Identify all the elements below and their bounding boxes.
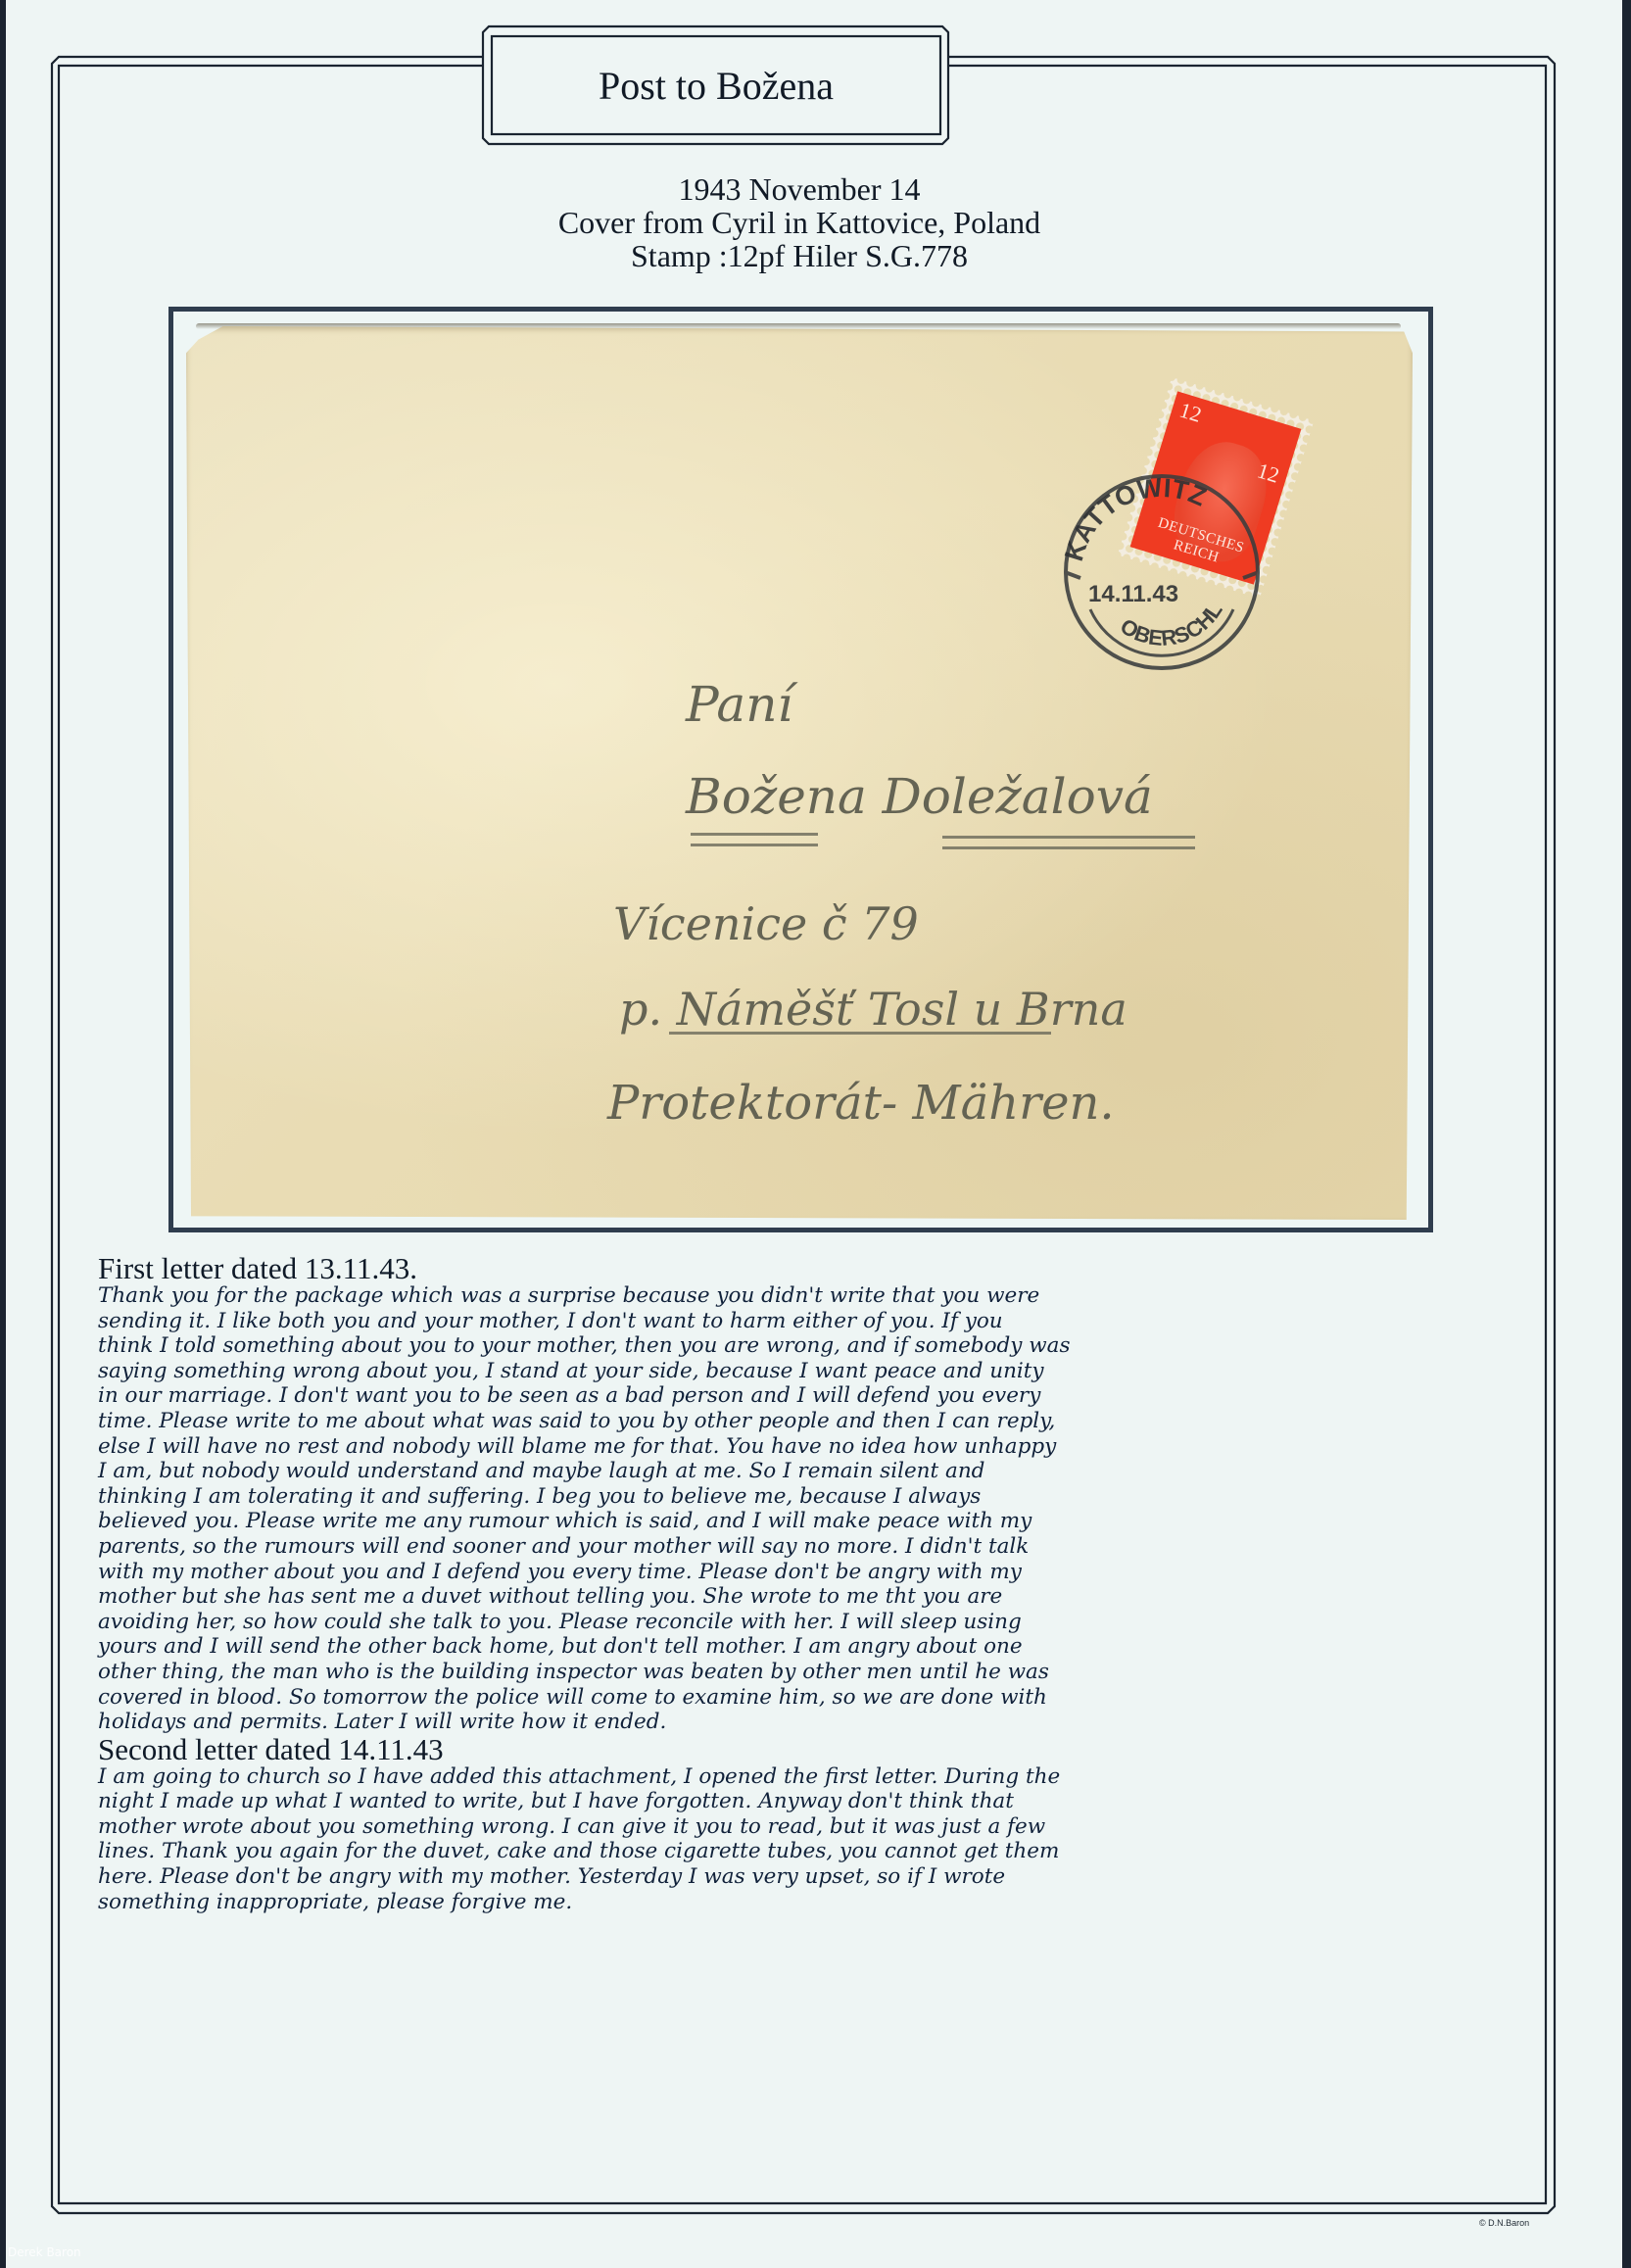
letter-line: thinking I am tolerating it and sufferin…	[98, 1484, 1528, 1510]
letter-line: mother wrote about you something wrong. …	[98, 1814, 1528, 1840]
letter-line: holidays and permits. Later I will write…	[98, 1710, 1528, 1735]
letter-line: saying something wrong about you, I stan…	[98, 1359, 1528, 1384]
cover-origin: Cover from Cyril in Kattovice, Poland	[372, 206, 1226, 239]
page-title: Post to Božena	[492, 36, 940, 134]
letter-line: mother but she has sent me a duvet witho…	[98, 1584, 1528, 1610]
postmark: KATTOWITZ 14.11.43 OBERSCHL	[1051, 462, 1271, 683]
postmark-ring-icon: KATTOWITZ 14.11.43 OBERSCHL	[1051, 462, 1271, 683]
cover-stamp-info: Stamp :12pf Hiler S.G.778	[372, 239, 1226, 272]
address-underline	[942, 836, 1195, 849]
letter-line: else I will have no rest and nobody will…	[98, 1434, 1528, 1460]
first-letter-heading: First letter dated 13.11.43.	[98, 1254, 1528, 1283]
letter-line: I am going to church so I have added thi…	[98, 1764, 1528, 1790]
letter-line: yours and I will send the other back hom…	[98, 1634, 1528, 1660]
letter-line: lines. Thank you again for the duvet, ca…	[98, 1839, 1528, 1864]
letter-line: I am, but nobody would understand and ma…	[98, 1459, 1528, 1484]
cover-description: 1943 November 14 Cover from Cyril in Kat…	[372, 172, 1226, 272]
letter-line: time. Please write to me about what was …	[98, 1409, 1528, 1434]
letter-line: covered in blood. So tomorrow the police…	[98, 1685, 1528, 1711]
letter-line: sending it. I like both you and your mot…	[98, 1309, 1528, 1334]
address-post-office: p. Náměšť Tosl u Brna	[619, 983, 1127, 1036]
address-underline	[669, 1032, 1051, 1035]
letter-line: with my mother about you and I defend yo…	[98, 1560, 1528, 1585]
watermark: Derek Baron	[8, 2245, 81, 2259]
address-street: Vícenice č 79	[613, 897, 919, 950]
letter-line: other thing, the man who is the building…	[98, 1660, 1528, 1685]
letter-line: something inappropriate, please forgive …	[98, 1890, 1528, 1915]
second-letter-heading: Second letter dated 14.11.43	[98, 1735, 1528, 1764]
letter-line: Thank you for the package which was a su…	[98, 1283, 1528, 1309]
address-region: Protektorát- Mähren.	[607, 1076, 1115, 1131]
letter-line: think I told something about you to your…	[98, 1333, 1528, 1359]
letter-line: believed you. Please write me any rumour…	[98, 1509, 1528, 1534]
letter-line: here. Please don't be angry with my moth…	[98, 1864, 1528, 1890]
svg-text:14.11.43: 14.11.43	[1088, 581, 1178, 607]
address-underline	[691, 833, 818, 846]
copyright-credit: © D.N.Baron	[1479, 2218, 1529, 2228]
address-recipient: Božena Doležalová	[686, 768, 1153, 825]
letter-line: night I made up what I wanted to write, …	[98, 1789, 1528, 1814]
letter-line: in our marriage. I don't want you to be …	[98, 1383, 1528, 1409]
letter-translations: First letter dated 13.11.43. Thank you f…	[98, 1254, 1528, 1914]
first-letter-text: Thank you for the package which was a su…	[98, 1283, 1528, 1735]
second-letter-text: I am going to church so I have added thi…	[98, 1764, 1528, 1915]
letter-line: avoiding her, so how could she talk to y…	[98, 1610, 1528, 1635]
letter-line: parents, so the rumours will end sooner …	[98, 1534, 1528, 1560]
address-salutation: Paní	[686, 676, 792, 733]
stamp-value-left: 12	[1176, 397, 1205, 427]
cover-date: 1943 November 14	[372, 172, 1226, 206]
